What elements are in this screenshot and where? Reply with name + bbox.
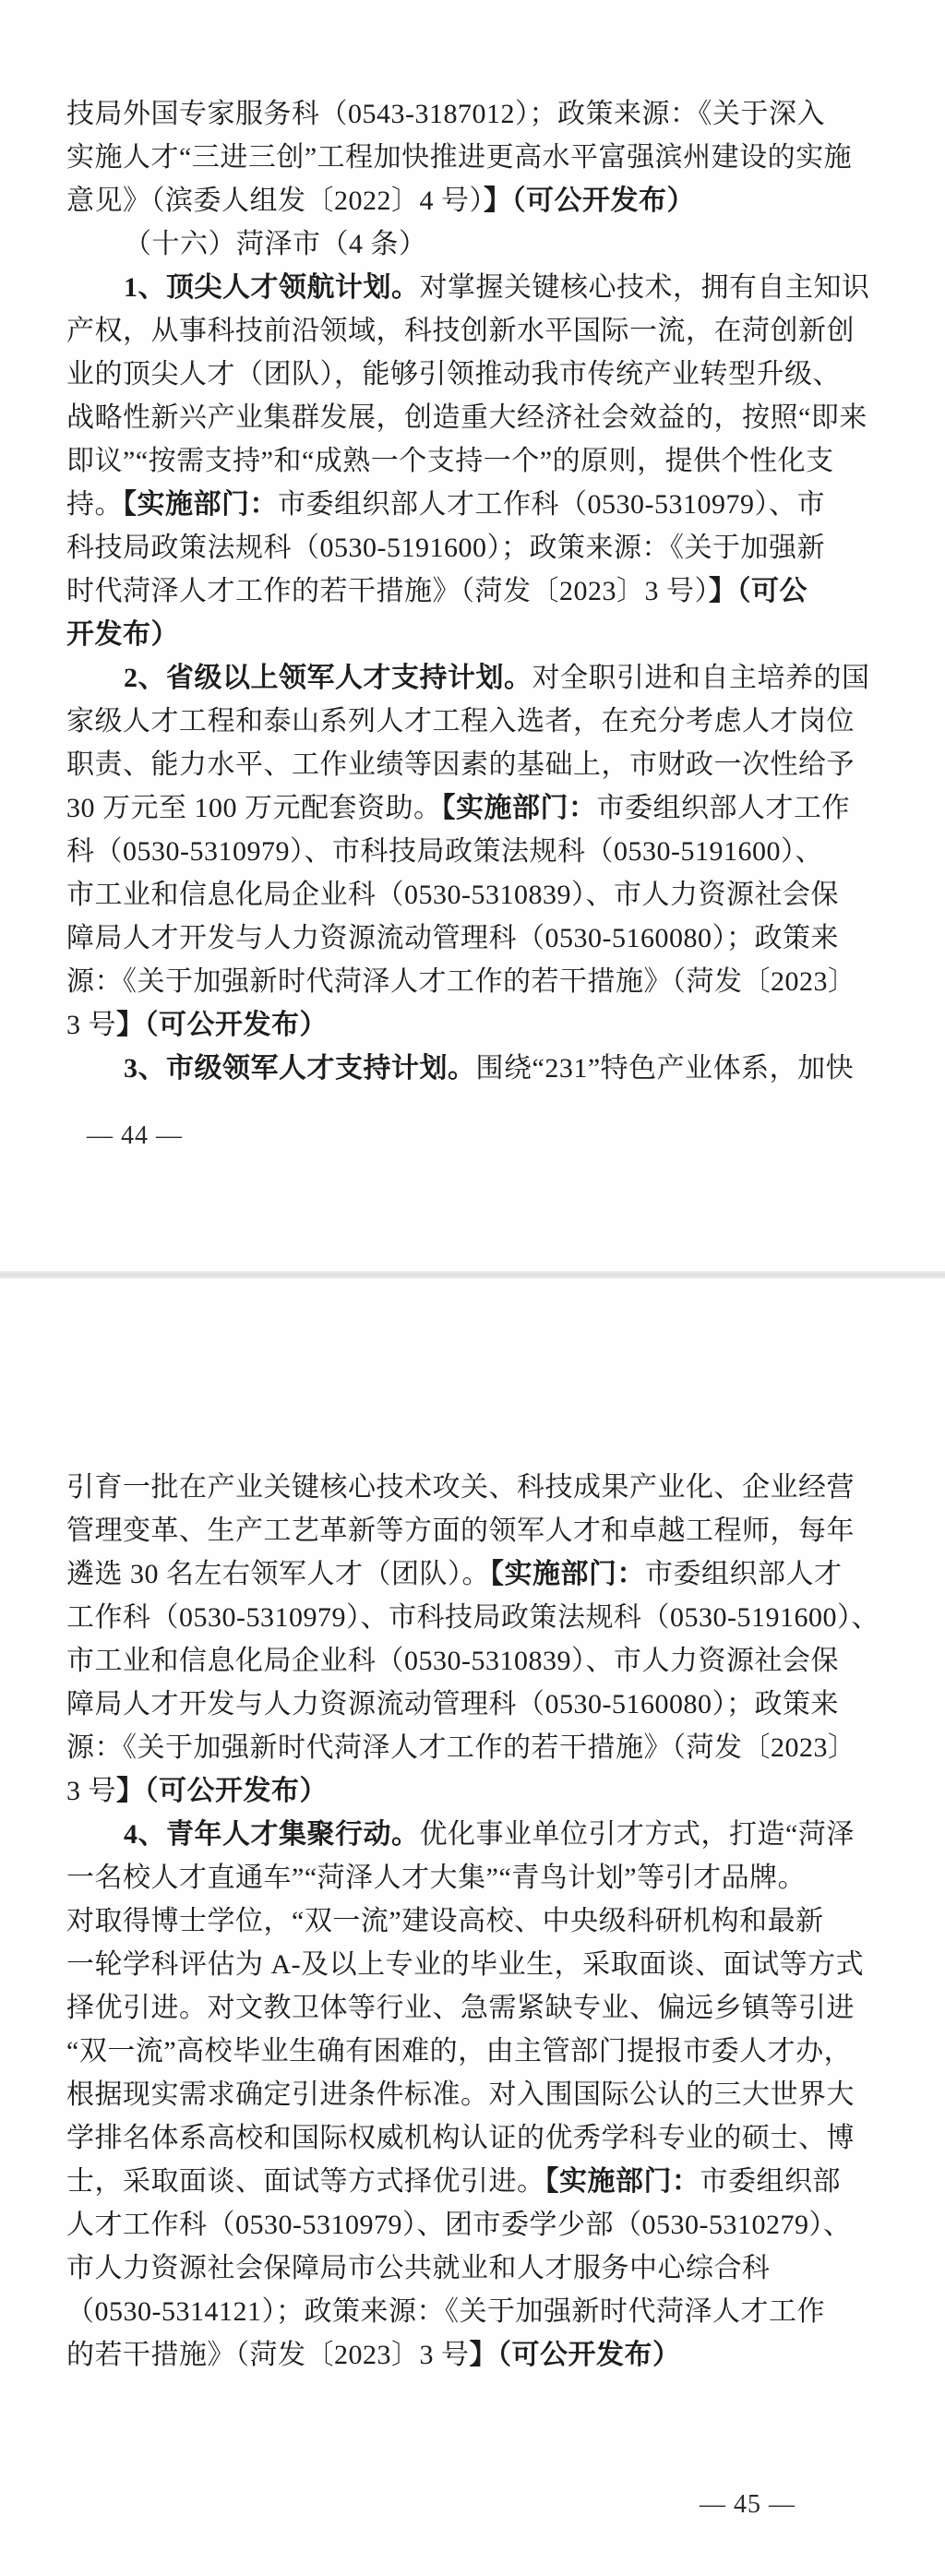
text-segment: 职责、能力水平、工作业绩等因素的基础上，市财政一次性给予 [66, 749, 855, 780]
text-line: 对取得博士学位，“双一流”建设高校、中央级科研机构和最新 [66, 1899, 879, 1943]
text-segment: 遴选 30 名左右领军人才（团队）。 [66, 1559, 490, 1589]
text-segment: 优化事业单位引才方式，打造“菏泽 [420, 1819, 855, 1850]
bold-text-segment: 1、顶尖人才领航计划。 [124, 272, 420, 303]
text-line: （0530-5314121）；政策来源：《关于加强新时代菏泽人才工作 [66, 2290, 879, 2333]
text-line: （十六）菏泽市（4 条） [66, 222, 879, 266]
text-segment: 实施人才“三进三创”工程加快推进更高水平富强滨州建设的实施 [66, 142, 852, 173]
text-segment: 对取得博士学位，“双一流”建设高校、中央级科研机构和最新 [66, 1906, 824, 1936]
text-line: 4、青年人才集聚行动。优化事业单位引才方式，打造“菏泽 [66, 1813, 879, 1856]
text-segment: 市工业和信息化局企业科（0530-5310839）、市人力资源社会保 [66, 880, 839, 910]
text-line: 开发布） [66, 613, 879, 656]
text-segment: 科技局政策法规科（0530-5191600）；政策来源：《关于加强新 [66, 533, 825, 563]
text-segment: 家级人才工程和泰山系列人才工程入选者，在充分考虑人才岗位 [66, 706, 855, 737]
text-segment: 30 万元至 100 万元配套资助。 [66, 793, 442, 823]
text-segment: 学排名体系高校和国际权威机构认证的优秀学科专业的硕士、博 [66, 2123, 855, 2153]
text-line: 人才工作科（0530-5310979）、团市委学少部（0530-5310279）… [66, 2203, 879, 2247]
text-line: 30 万元至 100 万元配套资助。【实施部门：市委组织部人才工作 [66, 786, 879, 830]
text-segment: （十六）菏泽市（4 条） [124, 229, 427, 259]
text-line: 择优引进。对文教卫体等行业、急需紧缺专业、偏远乡镇等引进 [66, 1986, 879, 2030]
text-line: 一轮学科评估为 A-及以上专业的毕业生，采取面谈、面试等方式 [66, 1943, 879, 1986]
text-line: 实施人才“三进三创”工程加快推进更高水平富强滨州建设的实施 [66, 136, 879, 179]
text-line: 2、省级以上领军人才支持计划。对全职引进和自主培养的国 [66, 656, 879, 700]
text-segment: 时代菏泽人才工作的若干措施》（菏发〔2023〕3 号） [66, 576, 709, 606]
text-segment: 源：《关于加强新时代菏泽人才工作的若干措施》（菏发〔2023〕 [66, 966, 856, 997]
text-segment: 对全职引进和自主培养的国 [532, 663, 870, 693]
text-line: 的若干措施》（菏发〔2023〕3 号】（可公开发布） [66, 2333, 879, 2377]
text-line: 障局人才开发与人力资源流动管理科（0530-5160080）；政策来 [66, 1683, 879, 1726]
text-line: 遴选 30 名左右领军人才（团队）。【实施部门：市委组织部人才 [66, 1552, 879, 1596]
text-line: 根据现实需求确定引进条件标准。对入围国际公认的三大世界大 [66, 2073, 879, 2116]
text-line: 源：《关于加强新时代菏泽人才工作的若干措施》（菏发〔2023〕 [66, 960, 879, 1003]
text-segment: 工作科（0530-5310979）、市科技局政策法规科（0530-5191600… [66, 1602, 879, 1633]
text-line: 战略性新兴产业集群发展，创造重大经济社会效益的，按照“即来 [66, 396, 879, 439]
bold-text-segment: 【实施部门： [545, 2166, 700, 2197]
text-segment: 市委组织部人才工作科（0530-5310979）、市 [278, 489, 825, 520]
text-line: 管理变革、生产工艺革新等方面的领军人才和卓越工程师，每年 [66, 1509, 879, 1552]
text-segment: 根据现实需求确定引进条件标准。对入围国际公认的三大世界大 [66, 2079, 855, 2110]
text-segment: 技局外国专家服务科（0543-3187012）；政策来源：《关于深入 [66, 99, 825, 129]
text-segment: 3 号 [66, 1776, 116, 1806]
text-line: 即议”“按需支持”和“成熟一个支持一个”的原则，提供个性化支 [66, 439, 879, 483]
text-line: 科（0530-5310979）、市科技局政策法规科（0530-5191600）、 [66, 830, 879, 873]
bold-text-segment: 【实施部门： [442, 793, 597, 823]
text-line: 时代菏泽人才工作的若干措施》（菏发〔2023〕3 号）】（可公 [66, 569, 879, 613]
page-number-footer: — 45 — [66, 2483, 879, 2526]
text-line: 技局外国专家服务科（0543-3187012）；政策来源：《关于深入 [66, 92, 879, 136]
text-line: 学排名体系高校和国际权威机构认证的优秀学科专业的硕士、博 [66, 2116, 879, 2160]
bold-text-segment: 】（可公开发布） [470, 2340, 681, 2370]
text-segment: 市人力资源社会保障局市公共就业和人才服务中心综合科 [66, 2253, 771, 2283]
text-segment: 择优引进。对文教卫体等行业、急需紧缺专业、偏远乡镇等引进 [66, 1993, 855, 2023]
page-break-divider [0, 1271, 945, 1278]
text-line: 家级人才工程和泰山系列人才工程入选者，在充分考虑人才岗位 [66, 700, 879, 743]
bold-text-segment: 】（可公开发布） [484, 186, 695, 216]
text-segment: 3 号 [66, 1010, 116, 1040]
page-text-body: 技局外国专家服务科（0543-3187012）；政策来源：《关于深入实施人才“三… [66, 92, 879, 1090]
bold-text-segment: 4、青年人才集聚行动。 [124, 1819, 420, 1850]
text-segment: 产权，从事科技前沿领域，科技创新水平国际一流，在菏创新创 [66, 316, 855, 346]
text-segment: 管理变革、生产工艺革新等方面的领军人才和卓越工程师，每年 [66, 1516, 855, 1546]
document-page-45: 引育一批在产业关键核心技术攻关、科技成果产业化、企业经营管理变革、生产工艺革新等… [0, 1278, 945, 2576]
bold-text-segment: 】（可公 [709, 576, 807, 606]
bold-text-segment: 】（可公开发布） [116, 1010, 328, 1040]
text-segment: 围绕“231”特色产业体系，加快 [476, 1053, 855, 1084]
text-line: 引育一批在产业关键核心技术攻关、科技成果产业化、企业经营 [66, 1466, 879, 1509]
text-segment: 障局人才开发与人力资源流动管理科（0530-5160080）；政策来 [66, 923, 839, 953]
text-line: 3、市级领军人才支持计划。围绕“231”特色产业体系，加快 [66, 1047, 879, 1090]
bold-text-segment: 】（可公开发布） [116, 1776, 328, 1806]
text-line: 工作科（0530-5310979）、市科技局政策法规科（0530-5191600… [66, 1596, 879, 1639]
text-line: 3 号】（可公开发布） [66, 1769, 879, 1813]
text-segment: 障局人才开发与人力资源流动管理科（0530-5160080）；政策来 [66, 1689, 839, 1719]
text-segment: 士，采取面谈、面试等方式择优引进。 [66, 2166, 545, 2197]
text-segment: 一轮学科评估为 A-及以上专业的毕业生，采取面谈、面试等方式 [66, 1949, 864, 1980]
text-segment: 战略性新兴产业集群发展，创造重大经济社会效益的，按照“即来 [66, 402, 867, 433]
text-line: 源：《关于加强新时代菏泽人才工作的若干措施》（菏发〔2023〕 [66, 1726, 879, 1769]
text-line: 一名校人才直通车”“菏泽人才大集”“青鸟计划”等引才品牌。 [66, 1856, 879, 1899]
text-segment: 市委组织部人才 [645, 1559, 843, 1589]
bold-text-segment: 3、市级领军人才支持计划。 [124, 1053, 476, 1084]
text-segment: 引育一批在产业关键核心技术攻关、科技成果产业化、企业经营 [66, 1472, 855, 1503]
text-line: 业的顶尖人才（团队），能够引领推动我市传统产业转型升级、 [66, 353, 879, 396]
text-line: 持。【实施部门：市委组织部人才工作科（0530-5310979）、市 [66, 483, 879, 526]
text-segment: 对掌握关键核心技术，拥有自主知识 [420, 272, 870, 303]
bold-text-segment: 开发布） [66, 619, 179, 650]
text-line: 科技局政策法规科（0530-5191600）；政策来源：《关于加强新 [66, 526, 879, 569]
text-line: 士，采取面谈、面试等方式择优引进。【实施部门：市委组织部 [66, 2160, 879, 2203]
document-page-44: 技局外国专家服务科（0543-3187012）；政策来源：《关于深入实施人才“三… [0, 0, 945, 1271]
text-segment: 意见》（滨委人组发〔2022〕4 号） [66, 186, 484, 216]
text-line: “双一流”高校毕业生确有困难的，由主管部门提报市委人才办， [66, 2030, 879, 2073]
page-number-footer: — 44 — [66, 1114, 879, 1157]
text-line: 1、顶尖人才领航计划。对掌握关键核心技术，拥有自主知识 [66, 266, 879, 309]
text-line: 市人力资源社会保障局市公共就业和人才服务中心综合科 [66, 2247, 879, 2290]
text-segment: 业的顶尖人才（团队），能够引领推动我市传统产业转型升级、 [66, 359, 841, 389]
text-line: 市工业和信息化局企业科（0530-5310839）、市人力资源社会保 [66, 873, 879, 917]
text-segment: 市委组织部 [700, 2166, 842, 2197]
text-segment: 一名校人才直通车”“菏泽人才大集”“青鸟计划”等引才品牌。 [66, 1863, 806, 1893]
text-segment: 的若干措施》（菏发〔2023〕3 号 [66, 2340, 470, 2370]
text-segment: “双一流”高校毕业生确有困难的，由主管部门提报市委人才办， [66, 2036, 852, 2067]
text-line: 3 号】（可公开发布） [66, 1003, 879, 1047]
bold-text-segment: 【实施部门： [490, 1559, 645, 1589]
text-segment: 市工业和信息化局企业科（0530-5310839）、市人力资源社会保 [66, 1646, 839, 1676]
text-segment: （0530-5314121）；政策来源：《关于加强新时代菏泽人才工作 [66, 2296, 825, 2327]
text-segment: 人才工作科（0530-5310979）、团市委学少部（0530-5310279）… [66, 2210, 851, 2240]
text-line: 意见》（滨委人组发〔2022〕4 号）】（可公开发布） [66, 179, 879, 222]
text-line: 职责、能力水平、工作业绩等因素的基础上，市财政一次性给予 [66, 743, 879, 786]
text-segment: 市委组织部人才工作 [597, 793, 851, 823]
text-segment: 持。 [66, 489, 123, 520]
bold-text-segment: 【实施部门： [123, 489, 278, 520]
text-line: 障局人才开发与人力资源流动管理科（0530-5160080）；政策来 [66, 917, 879, 960]
text-segment: 科（0530-5310979）、市科技局政策法规科（0530-5191600）、 [66, 836, 823, 867]
bold-text-segment: 2、省级以上领军人才支持计划。 [124, 663, 532, 693]
page-text-body: 引育一批在产业关键核心技术攻关、科技成果产业化、企业经营管理变革、生产工艺革新等… [66, 1466, 879, 2377]
text-line: 市工业和信息化局企业科（0530-5310839）、市人力资源社会保 [66, 1639, 879, 1683]
text-segment: 即议”“按需支持”和“成熟一个支持一个”的原则，提供个性化支 [66, 446, 834, 476]
text-segment: 源：《关于加强新时代菏泽人才工作的若干措施》（菏发〔2023〕 [66, 1732, 856, 1763]
text-line: 产权，从事科技前沿领域，科技创新水平国际一流，在菏创新创 [66, 309, 879, 353]
